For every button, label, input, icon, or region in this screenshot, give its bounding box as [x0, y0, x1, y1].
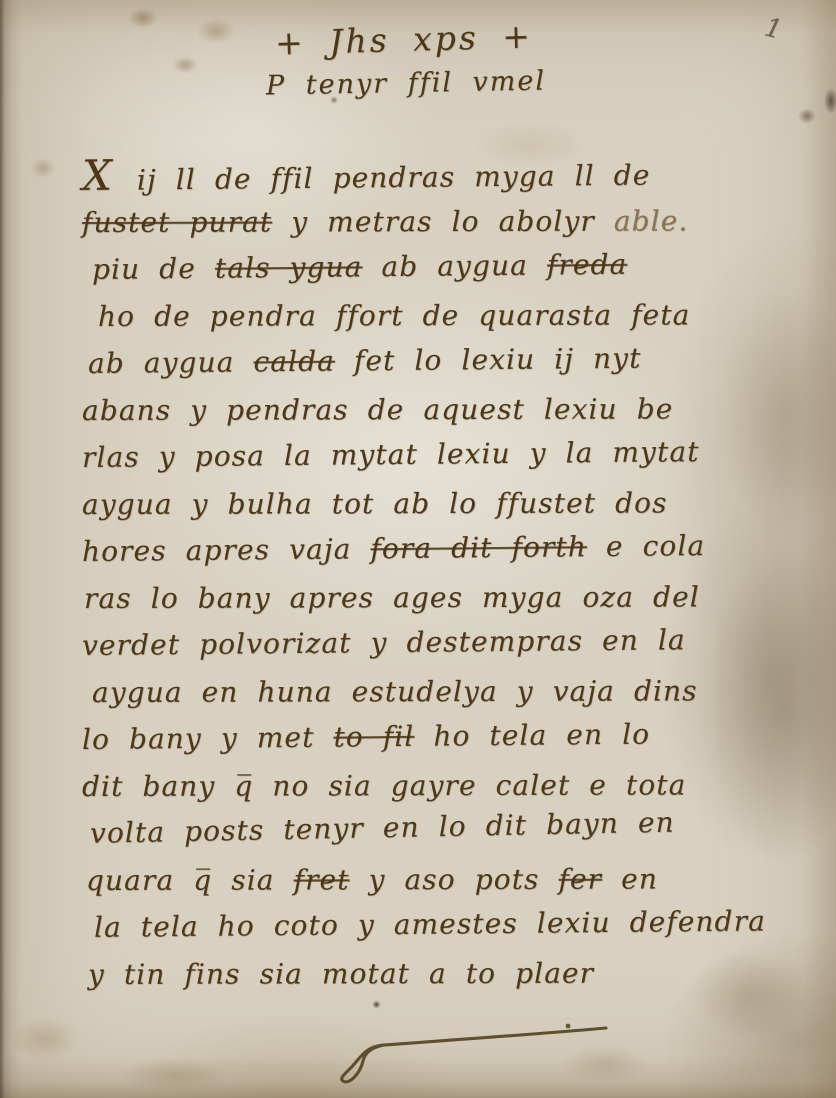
stain	[120, 1058, 230, 1092]
manuscript-line: hores apres vaja fora dit forth e cola	[82, 521, 806, 575]
manuscript-text-segment: quara q̅ sia	[86, 863, 294, 897]
manuscript-text-segment: rlas y posa la mytat lexiu y la mytat	[82, 435, 700, 474]
heading: + Jhs xps + P tenyr ffil vmel	[0, 20, 836, 99]
manuscript-text-segment: tals ygua	[215, 250, 363, 284]
ink-dot	[372, 1000, 381, 1009]
manuscript-line: ab aygua calda fet lo lexiu ij nyt	[82, 333, 806, 387]
stain	[798, 108, 816, 124]
manuscript-text-segment: fer	[558, 863, 602, 896]
manuscript-text-segment: e cola	[587, 529, 706, 563]
manuscript-text-segment: aygua y bulha tot ab lo ffustet dos	[82, 486, 668, 521]
manuscript-line: piu de tals ygua ab aygua freda	[82, 239, 806, 293]
manuscript-text-segment: hores apres vaja	[82, 532, 371, 568]
heading-recipe-title: P tenyr ffil vmel	[0, 61, 824, 107]
manuscript-line: ho de pendra ffort de quarasta feta	[82, 291, 806, 340]
manuscript-line: aygua y bulha tot ab lo ffustet dos	[82, 479, 806, 528]
manuscript-line: la tela ho coto y amestes lexiu defendra	[82, 897, 806, 951]
manuscript-text-segment: freda	[547, 248, 628, 282]
manuscript-line: lo bany y met to fil ho tela en lo	[82, 709, 806, 763]
manuscript-text-segment: ho de pendra ffort de quarasta feta	[98, 298, 691, 333]
manuscript-text-segment: fora dit forth	[370, 530, 587, 565]
manuscript-line: quara q̅ sia fret y aso pots fer en	[82, 855, 806, 904]
manuscript-text-segment: piu de	[92, 252, 215, 286]
manuscript-text-segment: verdet polvorizat y destempras en la	[82, 623, 686, 662]
flourish-mark	[330, 1012, 630, 1084]
manuscript-text-segment: X ij ll de ffil pendras myga ll de	[82, 159, 651, 197]
manuscript-text-segment: ras lo bany apres ages myga oza del	[84, 580, 700, 615]
manuscript-text-segment: to fil	[333, 720, 414, 754]
manuscript-text-segment: dit bany q̅ no sia gayre calet e tota	[82, 768, 686, 803]
manuscript-text-segment: ab aygua	[88, 345, 254, 380]
manuscript-text-segment: fustet purat	[82, 206, 272, 239]
stain	[10, 1016, 80, 1062]
stain	[30, 158, 56, 178]
manuscript-text-segment: calda	[253, 345, 335, 379]
manuscript-text-segment: la tela ho coto y amestes lexiu defendra	[94, 904, 766, 943]
manuscript-text-segment: able.	[614, 204, 689, 237]
text-block: X ij ll de ffil pendras myga ll defustet…	[82, 152, 806, 998]
manuscript-text-segment: fret	[294, 863, 350, 896]
manuscript-line: fustet purat y metras lo abolyr able.	[82, 197, 806, 246]
manuscript-text-segment: ho tela en lo	[414, 718, 650, 753]
manuscript-text-segment: lo bany y met	[82, 721, 334, 756]
manuscript-line: ras lo bany apres ages myga oza del	[82, 573, 806, 622]
manuscript-text-segment: fet lo lexiu ij nyt	[335, 342, 642, 378]
heading-invocation: + Jhs xps +	[0, 8, 822, 70]
manuscript-page: 1 + Jhs xps + P tenyr ffil vmel X ij ll …	[0, 0, 836, 1098]
manuscript-text-segment: y tin fins sia motat a to plaer	[88, 957, 594, 991]
manuscript-text-segment: ab aygua	[362, 249, 547, 284]
manuscript-line: X ij ll de ffil pendras myga ll de	[82, 145, 806, 199]
manuscript-text-segment: aygua en huna estudelya y vaja dins	[92, 674, 698, 709]
manuscript-line: verdet polvorizat y destempras en la	[82, 615, 806, 669]
manuscript-text-segment: volta posts tenyr en lo dit bayn en	[90, 806, 675, 850]
manuscript-line: rlas y posa la mytat lexiu y la mytat	[82, 427, 806, 481]
manuscript-text-segment: abans y pendras de aquest lexiu be	[82, 392, 673, 427]
manuscript-line: aygua en huna estudelya y vaja dins	[82, 667, 806, 716]
manuscript-line: abans y pendras de aquest lexiu be	[82, 385, 806, 434]
manuscript-text-segment: en	[602, 862, 658, 895]
manuscript-text-segment: y aso pots	[350, 863, 559, 897]
manuscript-text-segment: y metras lo abolyr	[272, 205, 614, 239]
manuscript-line: y tin fins sia motat a to plaer	[82, 949, 806, 998]
